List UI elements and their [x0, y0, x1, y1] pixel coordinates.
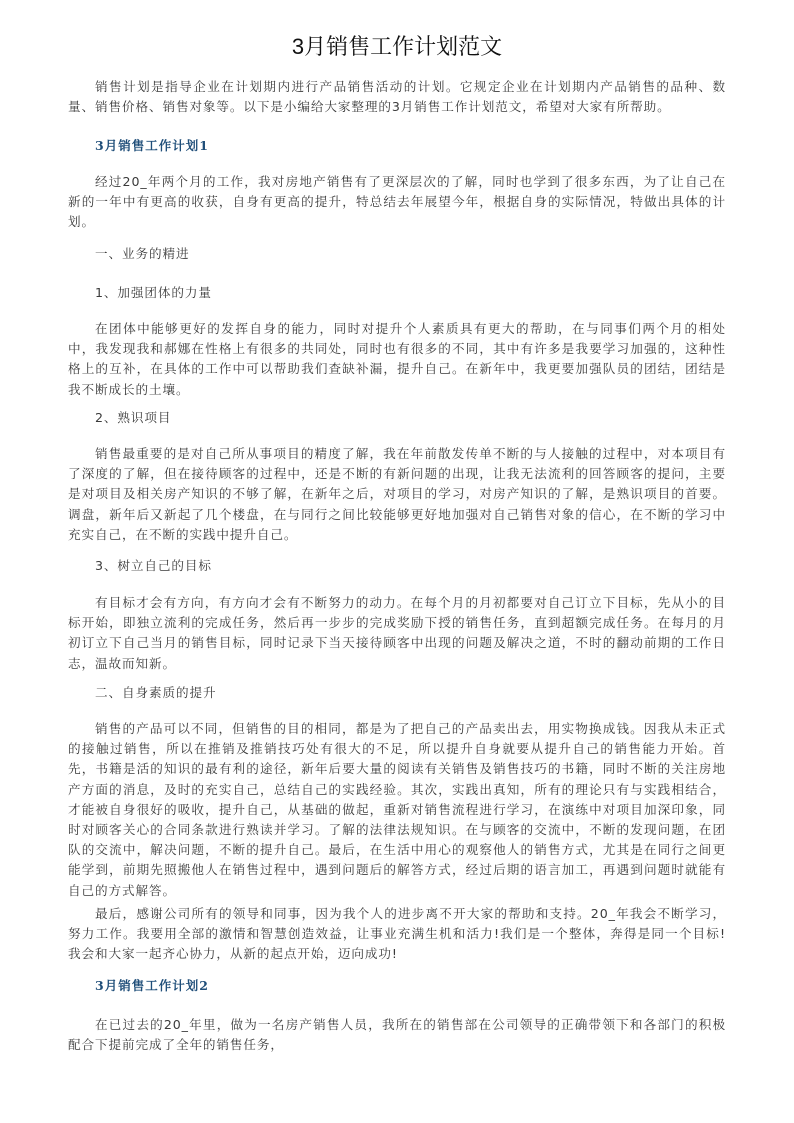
item1-paragraph: 在团体中能够更好的发挥自身的能力，同时对提升个人素质具有更大的帮助，在与同事们两…	[68, 319, 726, 400]
item2-paragraph: 销售最重要的是对自己所从事项目的精度了解，我在年前散发传单不断的与人接触的过程中…	[68, 444, 726, 545]
item3-title: 3、树立自己的目标	[95, 556, 212, 576]
part2-paragraph: 销售的产品可以不同，但销售的目的相同，都是为了把自己的产品卖出去，用实物换成钱。…	[68, 719, 726, 901]
part2-title: 二、自身素质的提升	[95, 683, 216, 703]
item1-title: 1、加强团体的力量	[95, 283, 212, 303]
section-heading-2: 3月销售工作计划2	[95, 976, 209, 996]
item2-title: 2、熟识项目	[95, 408, 171, 428]
section-heading-1: 3月销售工作计划1	[95, 136, 209, 156]
section1-opening-paragraph: 经过20_年两个月的工作，我对房地产销售有了更深层次的了解，同时也学到了很多东西…	[68, 172, 726, 233]
closing-paragraph: 最后，感谢公司所有的领导和同事，因为我个人的进步离不开大家的帮助和支持。20_年…	[68, 904, 726, 965]
section2-opening-paragraph: 在已过去的20_年里，做为一名房产销售人员，我所在的销售部在公司领导的正确带领下…	[68, 1015, 726, 1055]
item3-paragraph: 有目标才会有方向，有方向才会有不断努力的动力。在每个月的月初都要对自己订立下目标…	[68, 593, 726, 674]
intro-paragraph: 销售计划是指导企业在计划期内进行产品销售活动的计划。它规定企业在计划期内产品销售…	[68, 77, 726, 117]
document-title: 3月销售工作计划范文	[68, 32, 726, 62]
part1-title: 一、业务的精进	[95, 244, 189, 264]
